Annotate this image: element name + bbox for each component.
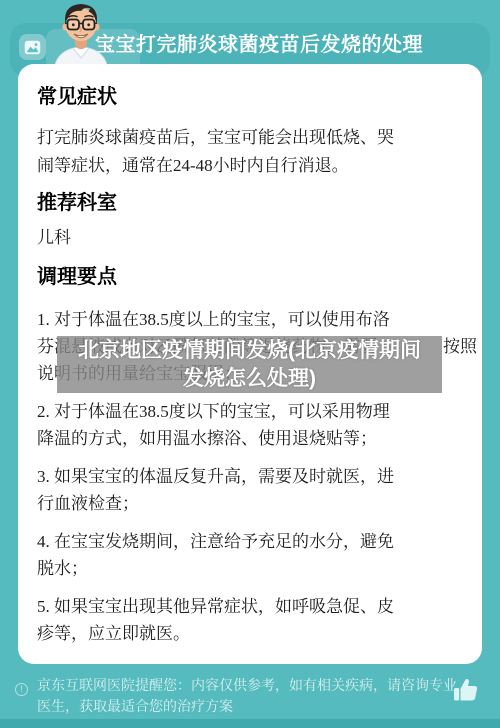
care-item-1-line1: 1. 对于体温在38.5度以上的宝宝，可以使用布洛 <box>37 306 463 333</box>
care-item-5: 5. 如果宝宝出现其他异常症状，如呼吸急促、皮 疹等，应立即就医。 <box>37 593 463 647</box>
footer-disclaimer: 京东互联网医院提醒您：内容仅供参考，如有相关疾病，请咨询专业 医生，获取最适合您… <box>37 675 467 717</box>
watermark-overlay: 北京地区疫情期间发烧(北京疫情期间 发烧怎么处理) <box>57 336 442 393</box>
bottom-edge-strip <box>0 719 500 728</box>
department-value: 儿科 <box>37 224 463 252</box>
health-qa-page: 宝宝打完肺炎球菌疫苗后发烧的处理 常见症状 打完肺炎球菌疫苗后，宝宝可能会出现低… <box>0 0 500 728</box>
care-points-heading: 调理要点 <box>37 264 463 290</box>
page-title: 宝宝打完肺炎球菌疫苗后发烧的处理 <box>90 32 428 58</box>
thumbs-up-icon[interactable] <box>453 676 479 703</box>
symptoms-text: 打完肺炎球菌疫苗后，宝宝可能会出现低烧、哭 闹等症状，通常在24-48小时内自行… <box>37 124 463 180</box>
care-item-4: 4. 在宝宝发烧期间，注意给予充足的水分，避免 脱水； <box>37 528 463 582</box>
symptoms-heading: 常见症状 <box>37 84 463 110</box>
doctor-avatar <box>42 1 120 71</box>
department-heading: 推荐科室 <box>37 190 463 216</box>
care-item-1-line2-right: 按照 <box>443 333 477 360</box>
care-item-2: 2. 对于体温在38.5度以下的宝宝，可以采用物理 降温的方式，如用温水擦浴、使… <box>37 398 463 452</box>
info-circle-icon <box>15 683 28 696</box>
care-item-3: 3. 如果宝宝的体温反复升高，需要及时就医，进 行血液检查； <box>37 463 463 517</box>
